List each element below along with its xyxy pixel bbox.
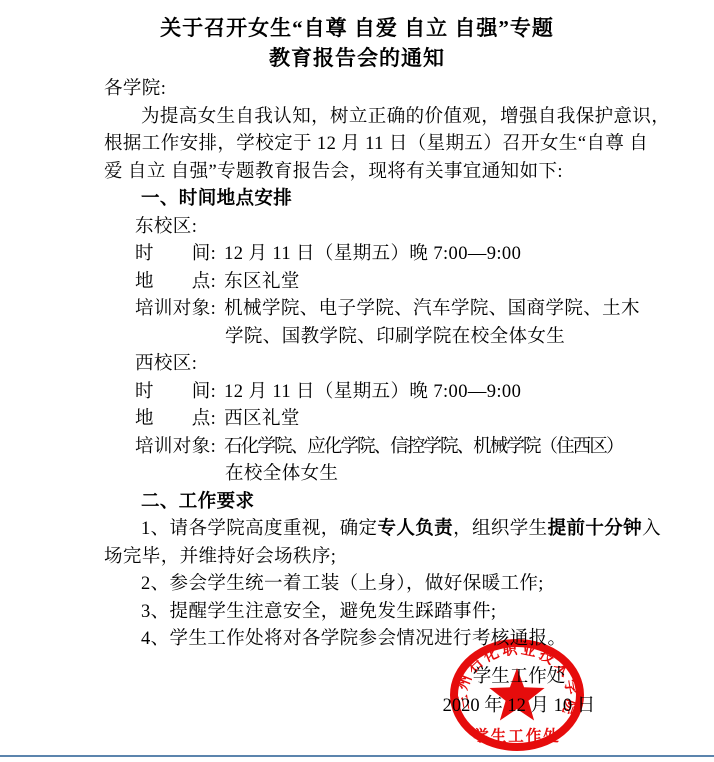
east-place-value: 东区礼堂 xyxy=(224,272,300,292)
document-body: 各学院: 为提高女生自我认知，树立正确的价值观，增强自我保护意识， 根据工作安排… xyxy=(104,76,638,654)
intro-line: 爱 自立 自强”专题教育报告会，现将有关事宜通知如下: xyxy=(104,159,638,187)
west-place-row: 地 点:西区礼堂 xyxy=(104,406,638,434)
east-time-value: 12 月 11 日（星期五）晚 7:00—9:00 xyxy=(224,244,521,264)
east-place-row: 地 点:东区礼堂 xyxy=(104,269,638,297)
east-audience-label: 培训对象: xyxy=(135,299,216,319)
intro-line: 为提高女生自我认知，树立正确的价值观，增强自我保护意识， xyxy=(104,104,638,132)
requirement-item-1: 1、请各学院高度重视，确定专人负责，组织学生提前十分钟入 xyxy=(104,516,638,544)
east-time-row: 时 间:12 月 11 日（星期五）晚 7:00—9:00 xyxy=(104,241,638,269)
item1-bold-phrase: 提前十分钟 xyxy=(548,519,643,539)
east-time-label: 时 间: xyxy=(135,244,216,264)
east-place-label: 地 点: xyxy=(135,272,216,292)
notice-document: 关于召开女生“自尊 自爱 自立 自强”专题 教育报告会的通知 各学院: 为提高女… xyxy=(0,0,714,762)
item1-text: ，组织学生 xyxy=(453,519,548,539)
section2-heading: 二、工作要求 xyxy=(104,489,638,517)
item1-text: 1、请各学院高度重视，确定 xyxy=(141,519,377,539)
west-audience-row: 培训对象:石化学院、应化学院、信控学院、机械学院（住西区） xyxy=(104,434,638,462)
west-place-label: 地 点: xyxy=(135,409,216,429)
section1-heading: 一、时间地点安排 xyxy=(104,186,638,214)
seal-star-icon xyxy=(489,668,544,721)
requirement-item-1-continuation: 场完毕，并维持好会场秩序; xyxy=(104,544,638,572)
bottom-divider-line xyxy=(0,755,714,757)
item1-text: 入 xyxy=(642,519,661,539)
west-place-value: 西区礼堂 xyxy=(224,409,300,429)
intro-line: 根据工作安排，学校定于 12 月 11 日（星期五）召开女生“自尊 自 xyxy=(104,131,638,159)
document-title-line2: 教育报告会的通知 xyxy=(0,43,714,73)
requirement-item-3: 3、提醒学生注意安全，避免发生踩踏事件; xyxy=(104,599,638,627)
west-time-row: 时 间:12 月 11 日（星期五）晚 7:00—9:00 xyxy=(104,379,638,407)
seal-bottom-text: 学生工作处 xyxy=(473,726,561,745)
east-audience-value: 机械学院、电子学院、汽车学院、国商学院、土木 xyxy=(224,299,640,319)
document-title-line1: 关于召开女生“自尊 自爱 自立 自强”专题 xyxy=(0,13,714,43)
west-audience-continuation: 在校全体女生 xyxy=(104,461,638,489)
salutation: 各学院: xyxy=(104,76,638,104)
official-seal: 兰州石化职业技术学院 学生工作处 xyxy=(447,637,588,759)
west-campus-label: 西校区: xyxy=(104,351,638,379)
east-audience-row: 培训对象:机械学院、电子学院、汽车学院、国商学院、土木 xyxy=(104,296,638,324)
west-audience-value: 石化学院、应化学院、信控学院、机械学院（住西区） xyxy=(224,437,622,457)
west-time-value: 12 月 11 日（星期五）晚 7:00—9:00 xyxy=(224,382,521,402)
item1-bold-phrase: 专人负责 xyxy=(377,519,453,539)
east-audience-continuation: 学院、国教学院、印刷学院在校全体女生 xyxy=(104,324,638,352)
requirement-item-2: 2、参会学生统一着工装（上身），做好保暖工作; xyxy=(104,571,638,599)
west-audience-label: 培训对象: xyxy=(135,437,216,457)
east-campus-label: 东校区: xyxy=(104,214,638,242)
west-time-label: 时 间: xyxy=(135,382,216,402)
